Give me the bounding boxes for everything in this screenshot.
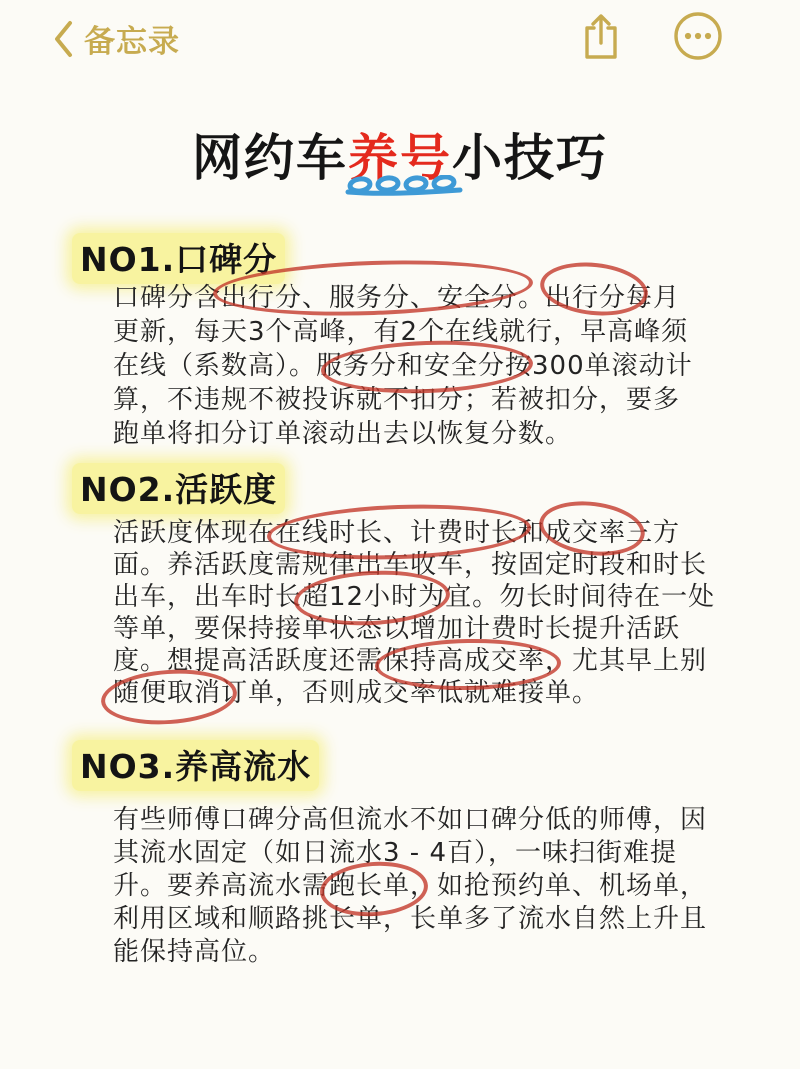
heading-highlight: NO2.活跃度 [72,463,285,514]
note-line: 有些师傅口碑分高但流水不如口碑分低的师傅，因 [113,804,753,837]
title-prefix: 网约车 [192,129,348,187]
back-chevron-icon [52,20,74,58]
section-paragraph-3: 有些师傅口碑分高但流水不如口碑分低的师傅，因 其流水固定（如日流水3 - 4百）… [113,804,753,969]
note-line: 跑单将扣分订单滚动出去以恢复分数。 [113,417,753,451]
note-line: 利用区域和顺路挑长单，长单多了流水自然上升且 [113,903,753,936]
note-line: 能保持高位。 [113,936,753,969]
title-highlight-red: 养号 [348,118,452,190]
back-button-label: 备忘录 [84,16,180,61]
heading-highlight: NO3.养高流水 [72,740,319,791]
note-line: 口碑分含出行分、服务分、安全分。出行分每月 [113,281,753,315]
section-paragraph-2: 活跃度体现在在线时长、计费时长和成交率三方 面。养活跃度需规律出车收车，按固定时… [113,517,753,709]
note-title: 网约车养号 小技巧 [0,118,800,190]
share-icon[interactable] [580,12,622,62]
note-line: 在线（系数高）。服务分和安全分按300单滚动计 [113,349,753,383]
title-suffix: 小技巧 [452,129,608,187]
note-line: 面。养活跃度需规律出车收车，按固定时段和时长 [113,549,753,581]
ellipsis-circle-icon[interactable] [672,10,724,62]
heading-highlight: NO1.口碑分 [72,233,285,284]
note-line: 随便取消订单，否则成交率低就难接单。 [113,677,753,709]
note-line: 其流水固定（如日流水3 - 4百），一味扫街难提 [113,837,753,870]
note-line: 更新，每天3个高峰，有2个在线就行，早高峰须 [113,315,753,349]
note-line: 度。想提高活跃度还需保持高成交率，尤其早上别 [113,645,753,677]
nav-bar: 备忘录 [0,0,800,70]
note-line: 升。要养高流水需跑长单，如抢预约单、机场单， [113,870,753,903]
note-line: 等单，要保持接单状态以增加计费时长提升活跃 [113,613,753,645]
note-line: 出车，出车时长超12小时为宜。勿长时间待在一处 [113,581,753,613]
section-heading-3: NO3.养高流水 [72,740,319,791]
note-line: 算，不违规不被投诉就不扣分；若被扣分，要多 [113,383,753,417]
section-heading-1: NO1.口碑分 [72,233,285,284]
section-paragraph-1: 口碑分含出行分、服务分、安全分。出行分每月 更新，每天3个高峰，有2个在线就行，… [113,281,753,451]
back-button[interactable]: 备忘录 [52,16,180,61]
squiggle-underline-icon [344,175,460,197]
note-line: 活跃度体现在在线时长、计费时长和成交率三方 [113,517,753,549]
notes-page: 备忘录 网约车养号 [0,0,800,1069]
section-heading-2: NO2.活跃度 [72,463,285,514]
